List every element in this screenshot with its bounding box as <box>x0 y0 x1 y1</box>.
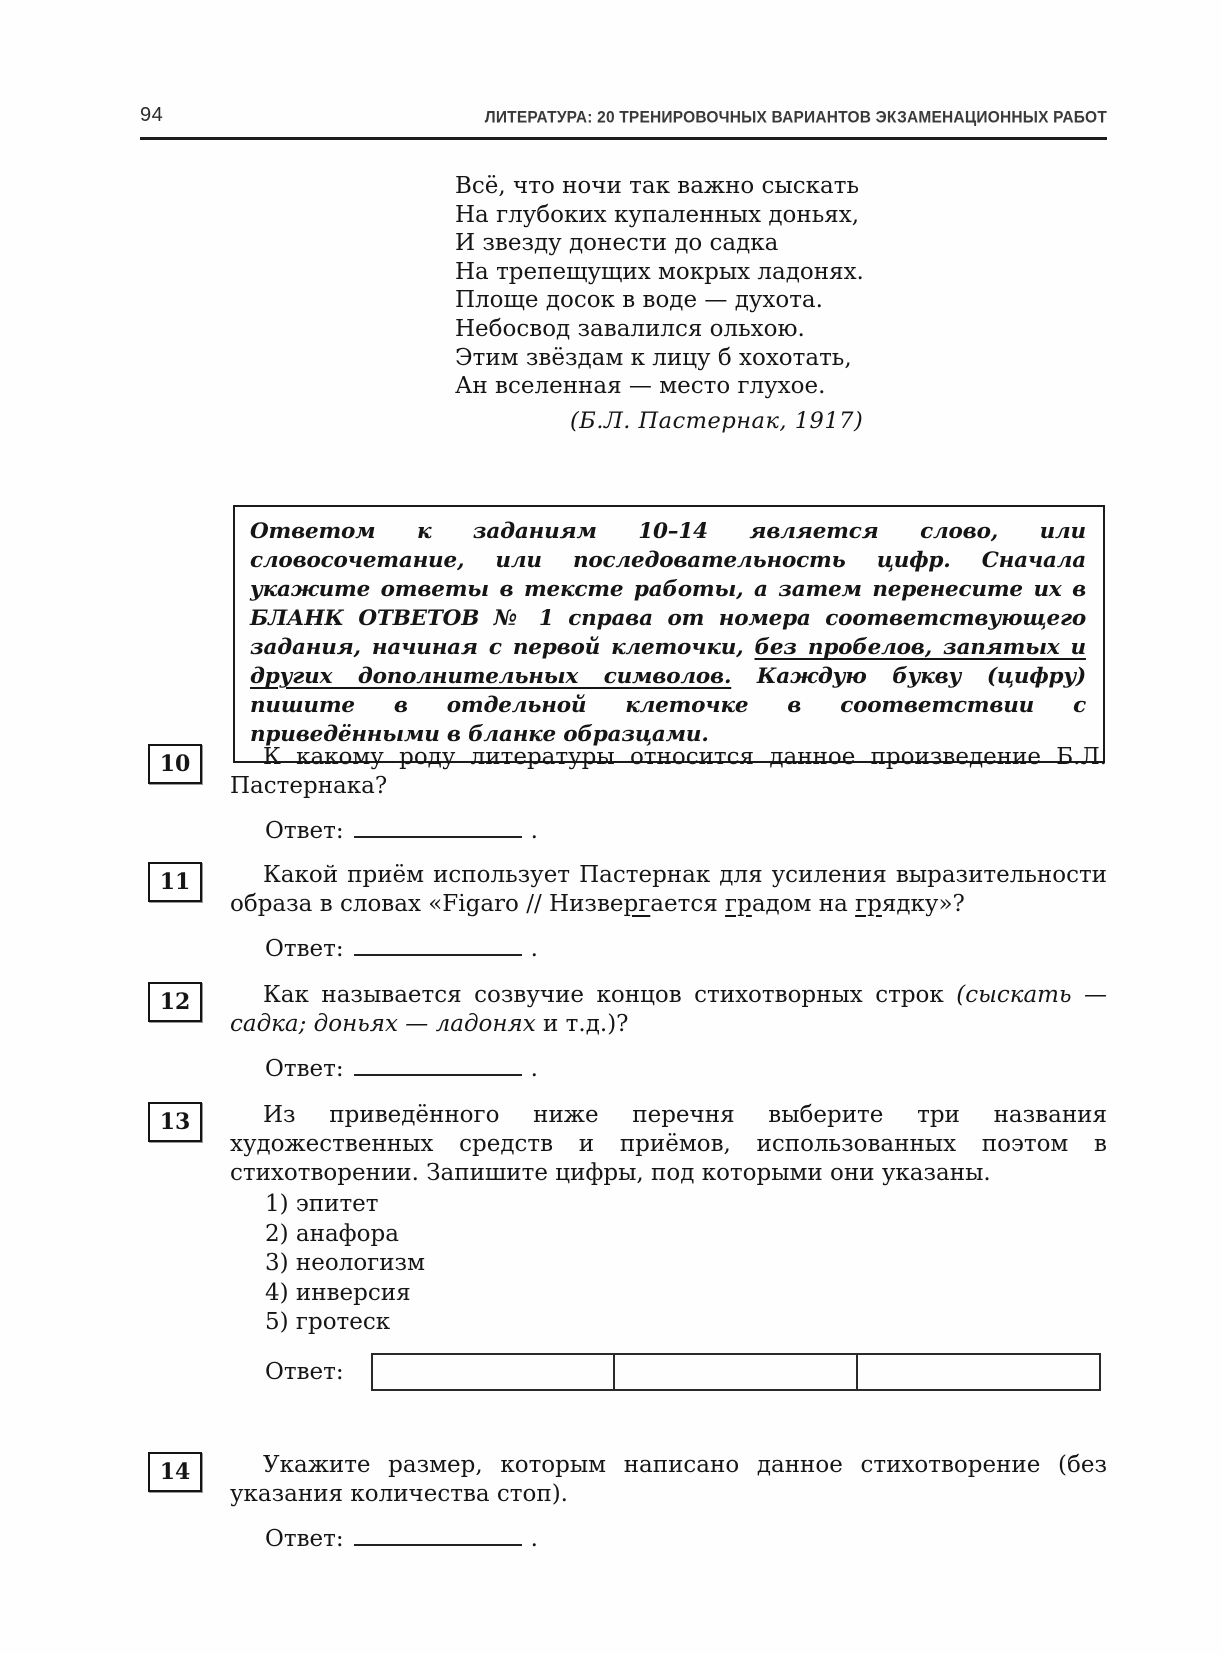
answer-line: Ответ:. <box>265 1056 1107 1082</box>
answer-label: Ответ: <box>265 1056 344 1082</box>
answer-table <box>371 1353 1101 1391</box>
answer-cell-1[interactable] <box>373 1355 616 1389</box>
poem-line: Ан вселенная — место глухое. <box>455 372 864 401</box>
poem-line: На трепещущих мокрых ладонях. <box>455 258 864 287</box>
option-item: 2) анафора <box>265 1220 1107 1250</box>
answer-period: . <box>531 936 538 962</box>
page-header: 94 ЛИТЕРАТУРА: 20 ТРЕНИРОВОЧНЫХ ВАРИАНТО… <box>140 104 1107 140</box>
question-12: 12 Как называется созвучие концов стихот… <box>0 981 1222 1082</box>
options-list: 1) эпитет2) анафора3) неологизм4) инверс… <box>265 1190 1107 1338</box>
poem-block: Всё, что ночи так важно сыскатьНа глубок… <box>455 172 864 435</box>
poem-line: Небосвод завалился ольхою. <box>455 315 864 344</box>
poem-line: Площе досок в воде — духота. <box>455 286 864 315</box>
answer-blank[interactable] <box>354 1540 522 1546</box>
option-item: 5) гротеск <box>265 1308 1107 1338</box>
answer-line: Ответ:. <box>265 818 1107 844</box>
answer-cell-3[interactable] <box>858 1355 1099 1389</box>
answer-label: Ответ: <box>265 818 344 844</box>
option-item: 3) неологизм <box>265 1249 1107 1279</box>
question-number-box: 11 <box>148 862 202 902</box>
answer-period: . <box>531 818 538 844</box>
question-text: Из приведённого ниже перечня выберите тр… <box>230 1101 1107 1188</box>
answer-line: Ответ:. <box>265 936 1107 962</box>
question-text: Какой приём использует Пастернак для уси… <box>230 861 1107 919</box>
answer-table-row: Ответ: <box>230 1353 1107 1391</box>
instruction-box: Ответом к заданиям 10–14 является слово,… <box>233 505 1105 763</box>
answer-label: Ответ: <box>265 1359 344 1385</box>
question-number-box: 14 <box>148 1452 202 1492</box>
poem-line: И звезду донести до садка <box>455 229 864 258</box>
poem-line: На глубоких купаленных доньях, <box>455 201 864 230</box>
answer-line: Ответ:. <box>265 1526 1107 1552</box>
question-body: К какому роду литературы относится данно… <box>230 743 1107 844</box>
answer-blank[interactable] <box>354 1070 522 1076</box>
question-14: 14 Укажите размер, которым написано данн… <box>0 1451 1222 1552</box>
exam-page: 94 ЛИТЕРАТУРА: 20 ТРЕНИРОВОЧНЫХ ВАРИАНТО… <box>0 0 1222 1654</box>
question-number-box: 10 <box>148 744 202 784</box>
page-number: 94 <box>140 104 163 127</box>
question-11: 11 Какой приём использует Пастернак для … <box>0 861 1222 962</box>
question-10: 10 К какому роду литературы относится да… <box>0 743 1222 844</box>
answer-blank[interactable] <box>354 832 522 838</box>
answer-label: Ответ: <box>265 1526 344 1552</box>
poem-line: Этим звёздам к лицу б хохотать, <box>455 344 864 373</box>
option-item: 4) инверсия <box>265 1279 1107 1309</box>
answer-blank[interactable] <box>354 950 522 956</box>
answer-cell-2[interactable] <box>615 1355 858 1389</box>
answer-period: . <box>531 1056 538 1082</box>
poem-attribution: (Б.Л. Пастернак, 1917) <box>570 407 864 436</box>
question-body: Укажите размер, которым написано данное … <box>230 1451 1107 1552</box>
question-body: Из приведённого ниже перечня выберите тр… <box>230 1101 1107 1391</box>
question-text: Укажите размер, которым написано данное … <box>230 1451 1107 1509</box>
question-text: К какому роду литературы относится данно… <box>230 743 1107 801</box>
poem-line: Всё, что ночи так важно сыскать <box>455 172 864 201</box>
instruction-text: Ответом к заданиям 10–14 является слово,… <box>250 517 1086 749</box>
question-body: Какой приём использует Пастернак для уси… <box>230 861 1107 962</box>
question-number-box: 12 <box>148 982 202 1022</box>
question-body: Как называется созвучие концов стихотвор… <box>230 981 1107 1082</box>
question-text: Как называется созвучие концов стихотвор… <box>230 981 1107 1039</box>
answer-label: Ответ: <box>265 936 344 962</box>
answer-period: . <box>531 1526 538 1552</box>
question-number-box: 13 <box>148 1102 202 1142</box>
question-13: 13 Из приведённого ниже перечня выберите… <box>0 1101 1222 1391</box>
option-item: 1) эпитет <box>265 1190 1107 1220</box>
header-title: ЛИТЕРАТУРА: 20 ТРЕНИРОВОЧНЫХ ВАРИАНТОВ Э… <box>485 108 1107 127</box>
